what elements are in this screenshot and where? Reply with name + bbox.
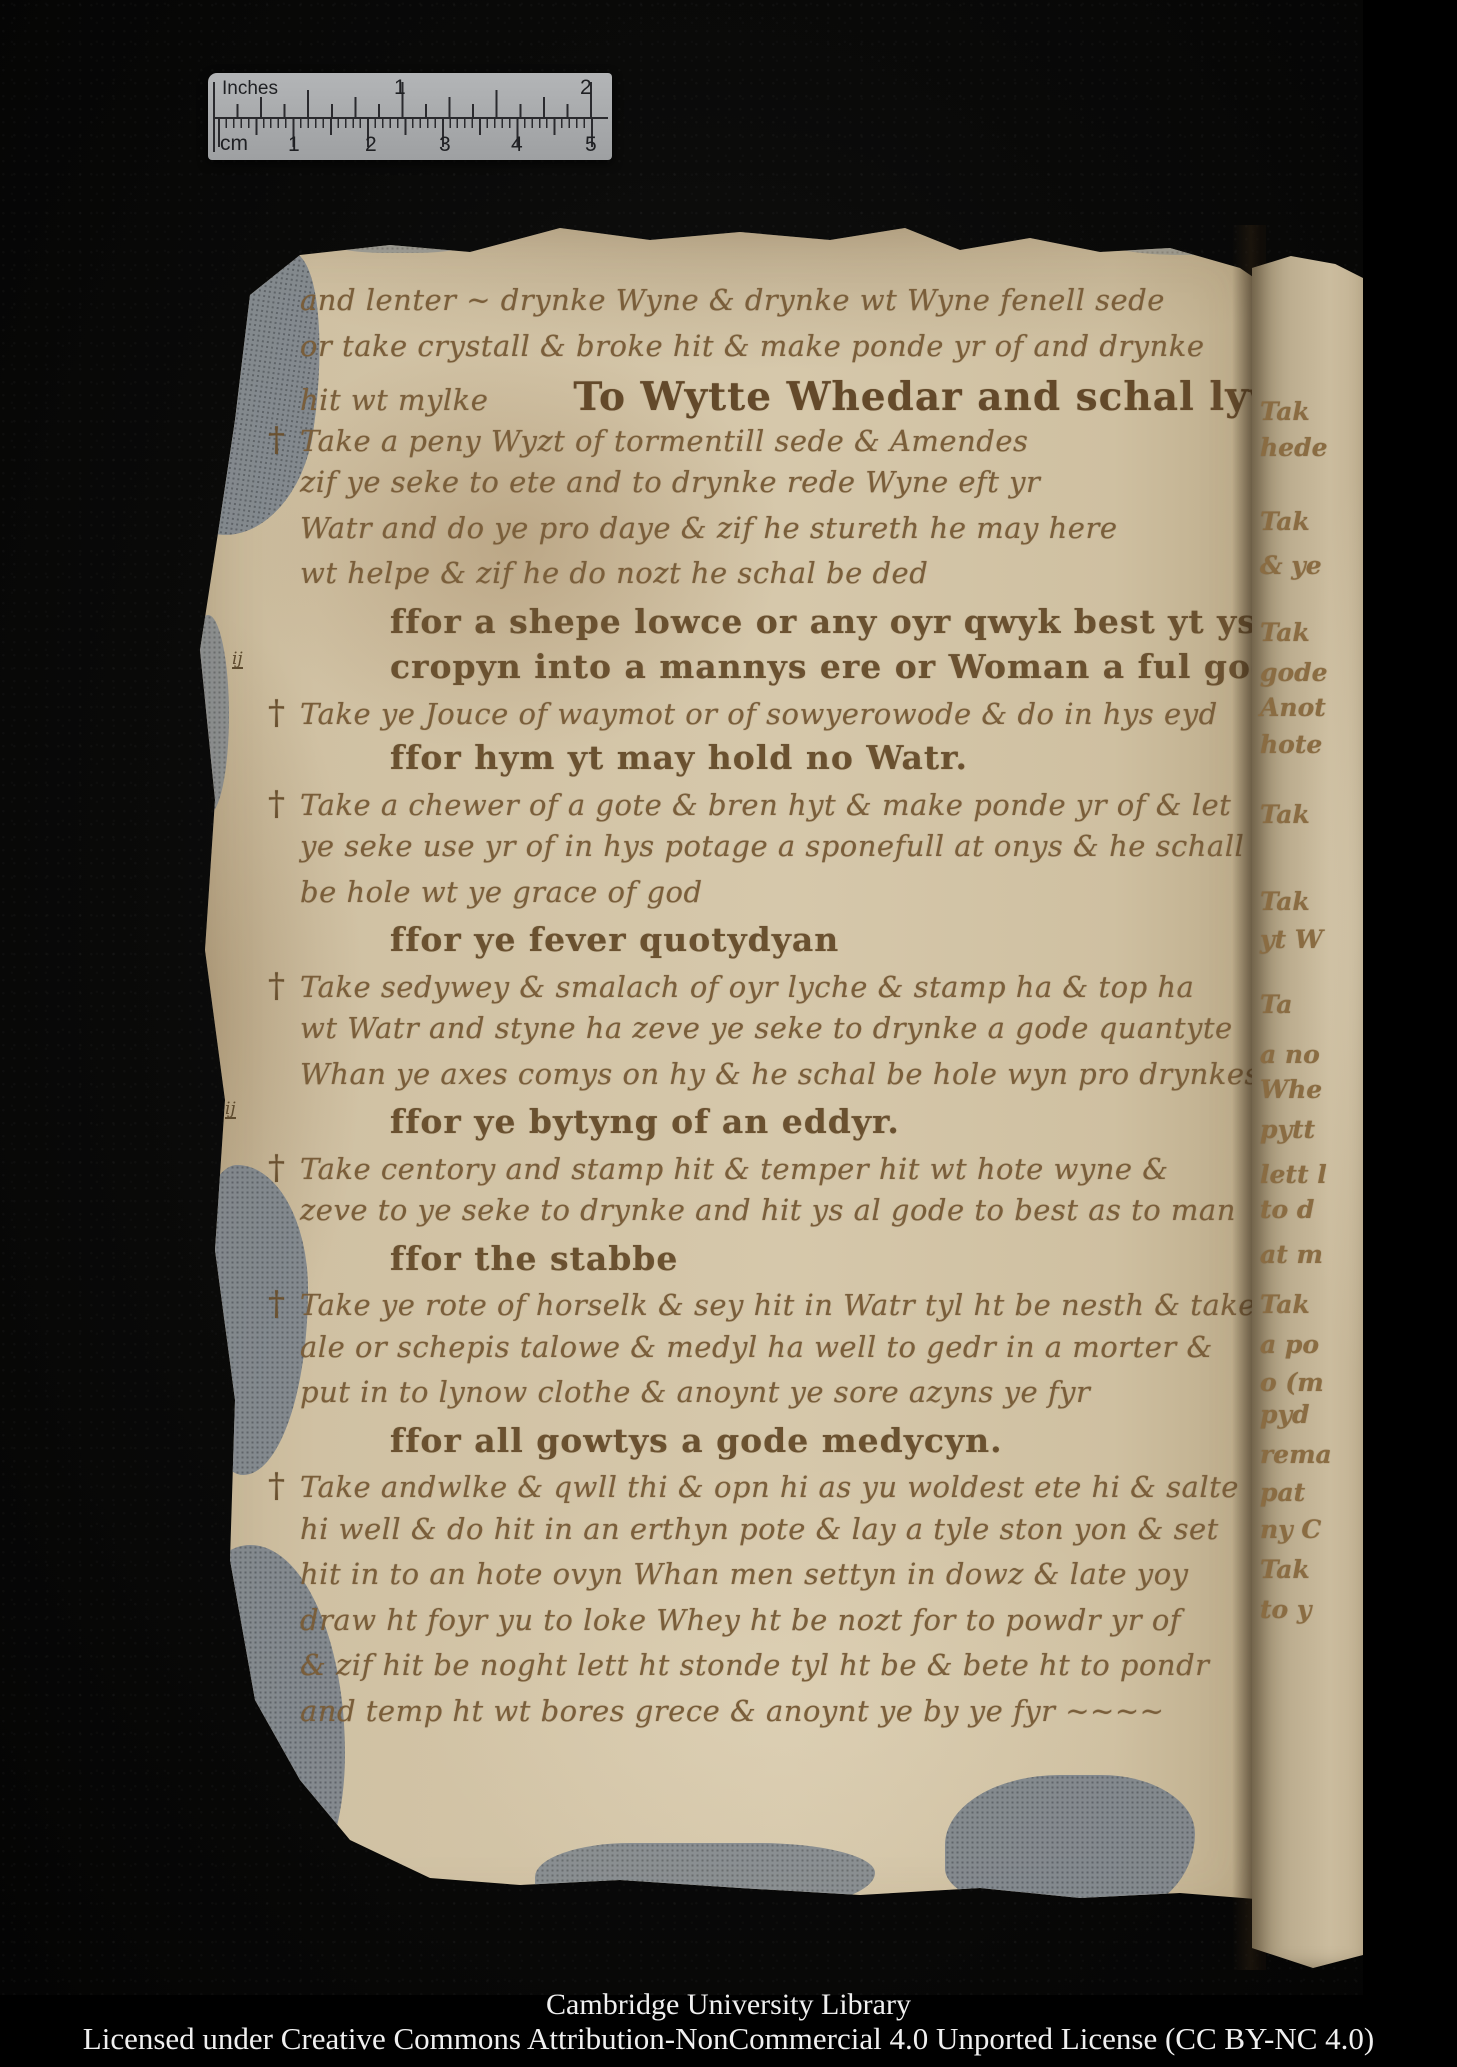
- facing-page-line: hede: [1260, 433, 1327, 462]
- facing-page-line: pytt: [1260, 1115, 1315, 1144]
- manuscript-line-text: Take a chewer of a gote & bren hyt & mak…: [300, 788, 1231, 822]
- paragraph-mark-icon: [268, 1284, 300, 1324]
- manuscript-line: ffor all gowtys a gode medycyn.: [240, 1421, 1245, 1467]
- facing-page-line: Ta: [1260, 990, 1292, 1019]
- manuscript-line-text: ffor ye bytyng of an eddyr.: [390, 1102, 900, 1141]
- facing-page-line: lett l: [1260, 1160, 1327, 1189]
- manuscript-line: hit in to an hote ovyn Whan men settyn i…: [240, 1557, 1245, 1603]
- manuscript-line: hi well & do hit in an erthyn pote & lay…: [240, 1512, 1245, 1558]
- manuscript-line: Take a chewer of a gote & bren hyt & mak…: [240, 784, 1245, 830]
- manuscript-line-text: be hole wt ye grace of god: [300, 875, 703, 909]
- facing-page-line: o (m: [1260, 1368, 1324, 1397]
- facing-page-line: Tak: [1260, 800, 1310, 829]
- manuscript-line-text: ffor ye fever quotydyan: [390, 920, 839, 959]
- facing-page-line: a no: [1260, 1040, 1320, 1069]
- photograph-stage: Inches cm 12 12345 and lenter ~ d: [0, 0, 1457, 2067]
- ruler-inch-ticks: [213, 82, 599, 117]
- facing-page-line: Tak: [1260, 618, 1310, 647]
- paragraph-mark-icon: [268, 693, 300, 733]
- manuscript-text-block: and lenter ~ drynke Wyne & drynke wt Wyn…: [240, 283, 1245, 1739]
- facing-page-line: hote: [1260, 730, 1322, 759]
- facing-page-line: Anot: [1260, 693, 1326, 722]
- facing-page-line: ny C: [1260, 1515, 1321, 1544]
- facing-page-line: pat: [1260, 1478, 1305, 1507]
- caption-license: Licensed under Creative Commons Attribut…: [0, 2021, 1457, 2057]
- manuscript-line: Take ye Jouce of waymot or of sowyerowod…: [240, 693, 1245, 739]
- manuscript-line-text: ffor a shepe lowce or any oyr qwyk best …: [390, 602, 1257, 641]
- manuscript-line-text: Take centory and stamp hit & temper hit …: [300, 1152, 1169, 1186]
- manuscript-line: cropyn into a mannys ere or Woman a ful …: [240, 647, 1245, 693]
- manuscript-line-text: ye seke use yr of in hys potage a sponef…: [300, 829, 1244, 863]
- manuscript-line-text: Take sedywey & smalach of oyr lyche & st…: [300, 970, 1194, 1004]
- manuscript-line: be hole wt ye grace of god: [240, 875, 1245, 921]
- manuscript-line-text: wt helpe & zif he do nozt he schal be de…: [300, 556, 928, 590]
- caption: Cambridge University Library Licensed un…: [0, 1995, 1457, 2067]
- manuscript-line: put in to lynow clothe & anoynt ye sore …: [240, 1375, 1245, 1421]
- measuring-ruler: Inches cm 12 12345: [208, 73, 612, 160]
- facing-page-line: a po: [1260, 1330, 1319, 1359]
- manuscript-line-prefix: hit wt mylke: [300, 383, 488, 417]
- manuscript-line: zeve to ye seke to drynke and hit ys al …: [240, 1193, 1245, 1239]
- manuscript-line-text: Take a peny Wyzt of tormentill sede & Am…: [300, 424, 1028, 458]
- manuscript-line-text: Whan ye axes comys on hy & he schal be h…: [300, 1057, 1260, 1091]
- manuscript-line: draw ht foyr yu to loke Whey ht be nozt …: [240, 1603, 1245, 1649]
- manuscript-line: ale or schepis talowe & medyl ha well to…: [240, 1330, 1245, 1376]
- manuscript-line-text: hi well & do hit in an erthyn pote & lay…: [300, 1512, 1219, 1546]
- manuscript-line-text: or take crystall & broke hit & make pond…: [300, 329, 1204, 363]
- facing-page-line: Tak: [1260, 507, 1310, 536]
- manuscript-line: Take andwlke & qwll thi & opn hi as yu w…: [240, 1466, 1245, 1512]
- manuscript-line-text: and lenter ~ drynke Wyne & drynke wt Wyn…: [300, 283, 1165, 317]
- ruler-cm-number: 5: [585, 133, 597, 157]
- paragraph-mark-icon: [268, 1148, 300, 1188]
- manuscript-line: wt helpe & zif he do nozt he schal be de…: [240, 556, 1245, 602]
- ruler-cm-number: 4: [511, 133, 523, 157]
- caption-institution: Cambridge University Library: [0, 1988, 1457, 2022]
- manuscript-line-text: Take andwlke & qwll thi & opn hi as yu w…: [300, 1470, 1239, 1504]
- paragraph-mark-icon: [268, 784, 300, 824]
- facing-page-line: to d: [1260, 1195, 1314, 1224]
- manuscript-line-text: ale or schepis talowe & medyl ha well to…: [300, 1330, 1213, 1364]
- manuscript-line-text: & zif hit be noght lett ht stonde tyl ht…: [300, 1648, 1210, 1682]
- manuscript-line: ffor the stabbe: [240, 1239, 1245, 1285]
- facing-page-line: at m: [1260, 1240, 1323, 1269]
- manuscript-line: ffor a shepe lowce or any oyr qwyk best …: [240, 602, 1245, 648]
- manuscript-line-text: put in to lynow clothe & anoynt ye sore …: [300, 1375, 1090, 1409]
- paragraph-mark-icon: [268, 966, 300, 1006]
- manuscript-line: Whan ye axes comys on hy & he schal be h…: [240, 1057, 1245, 1103]
- manuscript-line: Take a peny Wyzt of tormentill sede & Am…: [240, 420, 1245, 466]
- manuscript-line: Watr and do ye pro daye & zif he stureth…: [240, 511, 1245, 557]
- manuscript-line: ye seke use yr of in hys potage a sponef…: [240, 829, 1245, 875]
- ruler-cm-number: 2: [365, 133, 377, 157]
- facing-page-line: Tak: [1260, 1290, 1310, 1319]
- manuscript-line: or take crystall & broke hit & make pond…: [240, 329, 1245, 375]
- manuscript-line-text: ffor the stabbe: [390, 1239, 678, 1278]
- manuscript-line-text: hit in to an hote ovyn Whan men settyn i…: [300, 1557, 1189, 1591]
- facing-page-line: pyd: [1260, 1400, 1310, 1429]
- manuscript-line: wt Watr and styne ha zeve ye seke to dry…: [240, 1011, 1245, 1057]
- manuscript-line: Take sedywey & smalach of oyr lyche & st…: [240, 966, 1245, 1012]
- manuscript-line-text: ffor hym yt may hold no Watr.: [390, 738, 968, 777]
- manuscript-line: Take centory and stamp hit & temper hit …: [240, 1148, 1245, 1194]
- manuscript-line: & zif hit be noght lett ht stonde tyl ht…: [240, 1648, 1245, 1694]
- manuscript-line-text: zif ye seke to ete and to drynke rede Wy…: [300, 465, 1040, 499]
- facing-page-line: Whe: [1260, 1075, 1322, 1104]
- ruler-inch-number: 1: [394, 76, 406, 100]
- manuscript-line: Take ye rote of horselk & sey hit in Wat…: [240, 1284, 1245, 1330]
- margin-note: ij: [225, 1102, 236, 1119]
- facing-page-line: Tak: [1260, 397, 1310, 426]
- manuscript-line: zif ye seke to ete and to drynke rede Wy…: [240, 465, 1245, 511]
- manuscript-line-text: Take ye Jouce of waymot or of sowyerowod…: [300, 697, 1218, 731]
- margin-note: ij: [232, 652, 243, 669]
- manuscript-line: ffor hym yt may hold no Watr.: [240, 738, 1245, 784]
- facing-page-line: Tak: [1260, 887, 1310, 916]
- facing-page-line: yt W: [1260, 925, 1323, 954]
- facing-page-line: Tak: [1260, 1555, 1310, 1584]
- paragraph-mark-icon: [268, 420, 300, 460]
- manuscript-line: and lenter ~ drynke Wyne & drynke wt Wyn…: [240, 283, 1245, 329]
- manuscript-line-text: Take ye rote of horselk & sey hit in Wat…: [300, 1288, 1256, 1322]
- manuscript-line: ffor ye bytyng of an eddyr.: [240, 1102, 1245, 1148]
- manuscript-page: and lenter ~ drynke Wyne & drynke wt Wyn…: [185, 215, 1277, 1935]
- manuscript-line-text: zeve to ye seke to drynke and hit ys al …: [300, 1193, 1236, 1227]
- ruler-cm-number: 1: [288, 133, 300, 157]
- facing-page-edge: TakhedeTak& yeTakgodeAnothoteTakTakyt WT…: [1252, 230, 1363, 1968]
- facing-page-line: rema: [1260, 1440, 1332, 1469]
- paragraph-mark-icon: [268, 1466, 300, 1506]
- facing-page-line: to y: [1260, 1595, 1311, 1624]
- manuscript-line: and temp ht wt bores grece & anoynt ye b…: [240, 1694, 1245, 1740]
- manuscript-line-text: Watr and do ye pro daye & zif he stureth…: [300, 511, 1117, 545]
- manuscript-line: hit wt mylkeTo Wytte Whedar and schal ly…: [240, 374, 1245, 420]
- ruler-cm-ticks: [218, 117, 595, 150]
- manuscript-line: ffor ye fever quotydyan: [240, 920, 1245, 966]
- facing-page-line: & ye: [1260, 551, 1322, 580]
- facing-page-line: gode: [1260, 658, 1328, 687]
- ruler-cm-number: 3: [439, 133, 451, 157]
- manuscript-line-text: wt Watr and styne ha zeve ye seke to dry…: [300, 1011, 1233, 1045]
- manuscript-line-text: draw ht foyr yu to loke Whey ht be nozt …: [300, 1603, 1181, 1637]
- manuscript-line-text: and temp ht wt bores grece & anoynt ye b…: [300, 1694, 1164, 1728]
- ruler-inch-number: 2: [580, 76, 592, 100]
- manuscript-line-text: ffor all gowtys a gode medycyn.: [390, 1421, 1003, 1460]
